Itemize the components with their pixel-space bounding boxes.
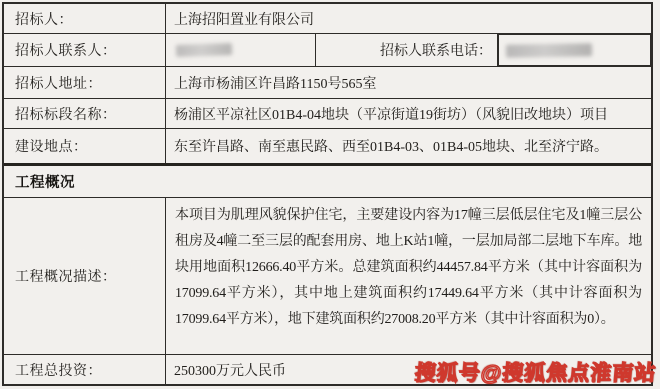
address-label: 招标人地址：: [4, 67, 166, 98]
table-row-tender-section: 招标标段名称： 杨浦区平凉社区01B4-04地块（平凉街道19街坊）（风貌旧改地…: [4, 98, 651, 128]
table-row-contact: 招标人联系人： 招标人联系电话：: [4, 33, 651, 66]
redacted-contact-name-blur: [176, 43, 232, 57]
address-value: 上海市杨浦区许昌路1150号565室: [166, 67, 651, 98]
bidder-label: 招标人：: [4, 4, 166, 33]
table-row-overview: 工程概况描述： 本项目为肌理风貌保护住宅，主要建设内容为17幢三层低层住宅及1幢…: [4, 197, 651, 354]
tender-section-label: 招标标段名称：: [4, 99, 166, 128]
bidder-value: 上海招阳置业有限公司: [166, 4, 651, 33]
table-row-overview-header: 工程概况: [4, 163, 651, 197]
table-row-location: 建设地点： 东至许昌路、南至惠民路、西至01B4-03、01B4-05地块、北至…: [4, 128, 651, 163]
overview-label: 工程概况描述：: [4, 198, 166, 354]
location-label: 建设地点：: [4, 129, 166, 163]
investment-label: 工程总投资：: [4, 355, 166, 384]
document-page: 招标人： 上海招阳置业有限公司 招标人联系人： 招标人联系电话： 招标人地址： …: [0, 0, 660, 389]
table-row-bidder: 招标人： 上海招阳置业有限公司: [4, 4, 651, 33]
sohu-watermark: 搜狐号@搜狐焦点淮南站: [413, 357, 657, 387]
bid-info-table: 招标人： 上海招阳置业有限公司 招标人联系人： 招标人联系电话： 招标人地址： …: [2, 2, 653, 386]
redacted-contact-phone-blur: [506, 43, 592, 57]
contact-name-value: [166, 34, 316, 66]
tender-section-value: 杨浦区平凉社区01B4-04地块（平凉街道19街坊）（风貌旧改地块）项目: [166, 99, 651, 128]
contact-phone-value: [498, 34, 651, 66]
overview-section-title: 工程概况: [4, 166, 651, 197]
location-value: 东至许昌路、南至惠民路、西至01B4-03、01B4-05地块、北至济宁路。: [166, 129, 651, 163]
contact-phone-label: 招标人联系电话：: [316, 34, 498, 66]
table-row-address: 招标人地址： 上海市杨浦区许昌路1150号565室: [4, 66, 651, 98]
contact-name-label: 招标人联系人：: [4, 34, 166, 66]
overview-value: 本项目为肌理风貌保护住宅，主要建设内容为17幢三层低层住宅及1幢三层公租房及4幢…: [166, 198, 651, 354]
